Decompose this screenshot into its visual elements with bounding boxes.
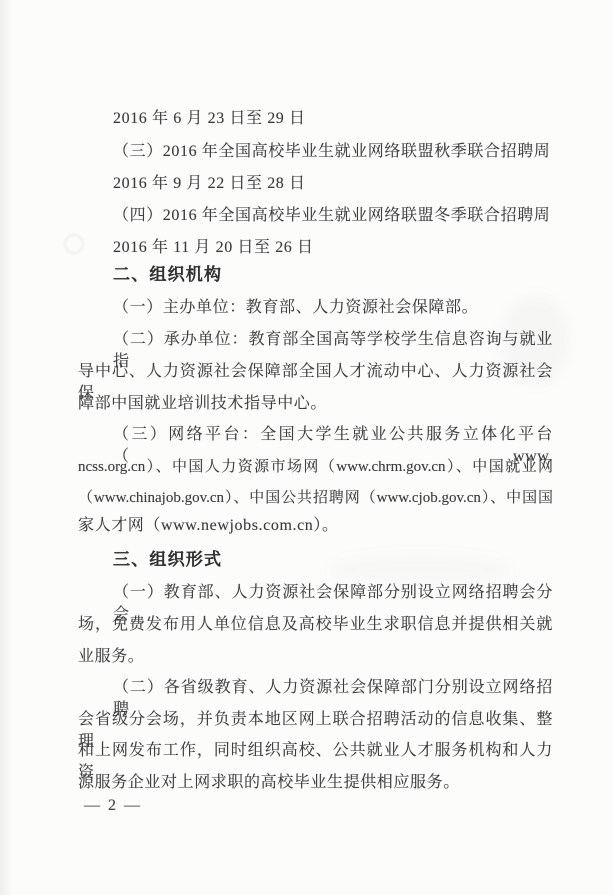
doc-line-title-autumn: （三）2016 年全国高校毕业生就业网络联盟秋季联合招聘周 bbox=[78, 141, 553, 163]
doc-line-date-autumn: 2016 年 9 月 22 日至 28 日 bbox=[78, 173, 553, 195]
heading-format: 三、组织形式 bbox=[78, 549, 553, 571]
doc-line: 场，免费发布用人单位信息及高校毕业生求职信息并提供相关就 bbox=[78, 614, 553, 636]
doc-line: 障部中国就业培训技术指导中心。 bbox=[78, 393, 553, 415]
page-number: — 2 — bbox=[84, 797, 142, 815]
doc-line: 源服务企业对上网求职的高校毕业生提供相应服务。 bbox=[78, 772, 553, 794]
scan-left-edge-shadow bbox=[0, 0, 12, 895]
doc-line-host-units: （一）主办单位：教育部、人力资源社会保障部。 bbox=[78, 297, 553, 319]
document-body: 2016 年 6 月 23 日至 29 日 （三）2016 年全国高校毕业生就业… bbox=[78, 0, 553, 895]
doc-line-title-winter: （四）2016 年全国高校毕业生就业网络联盟冬季联合招聘周 bbox=[78, 205, 553, 227]
doc-line-date-winter: 2016 年 11 月 20 日至 26 日 bbox=[78, 237, 553, 259]
scanned-document-page: 2016 年 6 月 23 日至 29 日 （三）2016 年全国高校毕业生就业… bbox=[0, 0, 613, 895]
doc-line-date-summer: 2016 年 6 月 23 日至 29 日 bbox=[78, 108, 553, 130]
doc-line-urls: （www.chinajob.gov.cn）、中国公共招聘网（www.cjob.g… bbox=[78, 487, 553, 509]
doc-line-urls: 家人才网（www.newjobs.com.cn）。 bbox=[78, 515, 553, 537]
doc-line: 业服务。 bbox=[78, 646, 553, 668]
doc-line-urls: ncss.org.cn）、中国人力资源市场网（www.chrm.gov.cn）、… bbox=[78, 456, 553, 478]
heading-organization: 二、组织机构 bbox=[78, 264, 553, 286]
